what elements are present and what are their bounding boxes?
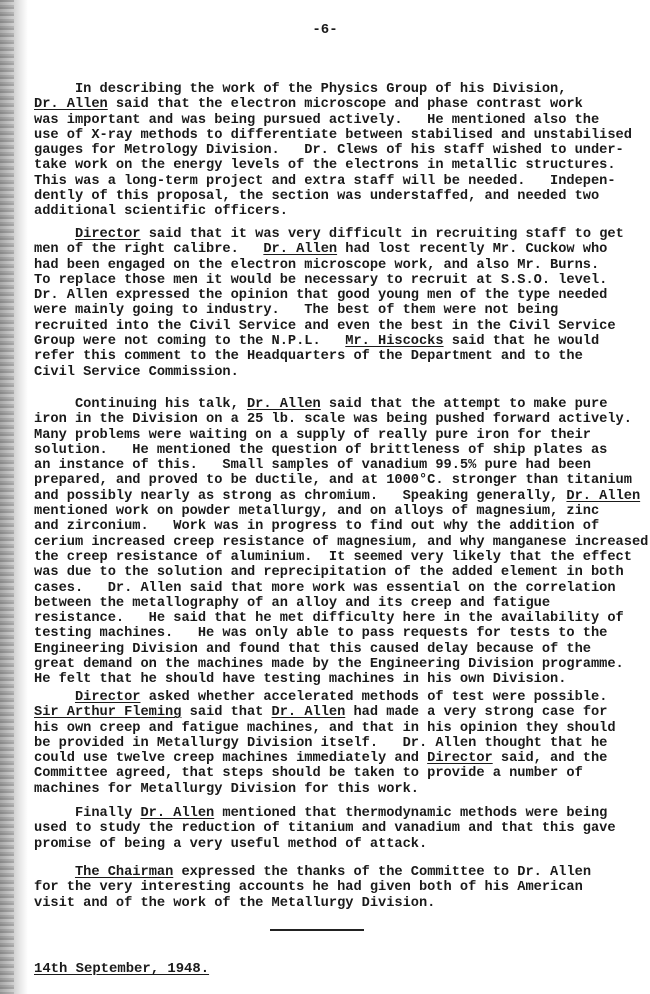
paragraph-recruiting: Director said that it was very difficult…	[34, 227, 633, 380]
text-line: recruited into the Civil Service and eve…	[34, 319, 624, 334]
text-line: and zirconium. Work was in progress to f…	[34, 519, 648, 534]
page-number: -6-	[0, 22, 650, 38]
underlined-name: Director	[75, 226, 141, 242]
underlined-name: Director	[75, 689, 141, 705]
document-date: 14th September, 1948.	[34, 961, 209, 977]
paragraph-thermodynamic: Finally Dr. Allen mentioned that thermod…	[34, 806, 624, 852]
text-line: Civil Service Commission.	[34, 365, 624, 380]
underlined-name: Sir Arthur Fleming	[34, 704, 181, 720]
text-line: use of X-ray methods to differentiate be…	[34, 128, 632, 143]
section-divider	[270, 929, 364, 931]
underlined-name: The Chairman	[75, 864, 173, 880]
paragraph-pure-iron: Continuing his talk, Dr. Allen said that…	[34, 397, 650, 688]
text-line: This was a long-term project and extra s…	[34, 174, 632, 189]
text-line: mentioned work on powder metallurgy, and…	[34, 504, 648, 519]
text-line: his own creep and fatigue machines, and …	[34, 721, 616, 736]
text-line: The Chairman expressed the thanks of the…	[34, 865, 591, 880]
text-line: additional scientific officers.	[34, 204, 632, 219]
paragraph-chairman-thanks: The Chairman expressed the thanks of the…	[34, 865, 600, 911]
text-line: prepared, and proved to be ductile, and …	[34, 473, 648, 488]
text-line: were mainly going to industry. The best …	[34, 303, 624, 318]
underlined-name: Dr. Allen	[140, 805, 214, 821]
underlined-name: Dr. Allen	[272, 704, 346, 720]
text-line: refer this comment to the Headquarters o…	[34, 349, 624, 364]
text-line: men of the right calibre. Dr. Allen had …	[34, 242, 624, 257]
underlined-name: Director	[427, 750, 493, 766]
text-line: cases. Dr. Allen said that more work was…	[34, 581, 648, 596]
text-line: iron in the Division on a 25 lb. scale w…	[34, 412, 648, 427]
underlined-name: Dr. Allen	[566, 488, 640, 504]
text-line: Engineering Division and found that this…	[34, 642, 648, 657]
text-line: Finally Dr. Allen mentioned that thermod…	[34, 806, 616, 821]
text-line: Group were not coming to the N.P.L. Mr. …	[34, 334, 624, 349]
text-line: Sir Arthur Fleming said that Dr. Allen h…	[34, 705, 616, 720]
text-line: testing machines. He was only able to pa…	[34, 626, 648, 641]
text-line: Director asked whether accelerated metho…	[34, 690, 616, 705]
text-line: To replace those men it would be necessa…	[34, 273, 624, 288]
text-line: In describing the work of the Physics Gr…	[34, 82, 632, 97]
text-line: Director said that it was very difficult…	[34, 227, 624, 242]
underlined-name: Dr. Allen	[34, 96, 108, 112]
text-line: had been engaged on the electron microsc…	[34, 258, 624, 273]
text-line: solution. He mentioned the question of b…	[34, 443, 648, 458]
scan-edge-texture	[0, 0, 14, 994]
text-line: Committee agreed, that steps should be t…	[34, 766, 616, 781]
text-line: gauges for Metrology Division. Dr. Clews…	[34, 143, 632, 158]
paragraph-physics-group: In describing the work of the Physics Gr…	[34, 82, 641, 220]
text-line: machines for Metallurgy Division for thi…	[34, 782, 616, 797]
text-line: could use twelve creep machines immediat…	[34, 751, 616, 766]
text-line: Continuing his talk, Dr. Allen said that…	[34, 397, 648, 412]
text-line: was due to the solution and reprecipitat…	[34, 565, 648, 580]
text-line: Many problems were waiting on a supply o…	[34, 428, 648, 443]
text-line: Dr. Allen said that the electron microsc…	[34, 97, 632, 112]
text-line: great demand on the machines made by the…	[34, 657, 648, 672]
text-line: was important and was being pursued acti…	[34, 113, 632, 128]
text-line: used to study the reduction of titanium …	[34, 821, 616, 836]
text-line: an instance of this. Small samples of va…	[34, 458, 648, 473]
text-line: for the very interesting accounts he had…	[34, 880, 591, 895]
underlined-name: Dr. Allen	[263, 241, 337, 257]
text-line: take work on the energy levels of the el…	[34, 158, 632, 173]
underlined-name: Mr. Hiscocks	[345, 333, 443, 349]
underlined-name: Dr. Allen	[247, 396, 321, 412]
text-line: dently of this proposal, the section was…	[34, 189, 632, 204]
text-line: promise of being a very useful method of…	[34, 837, 616, 852]
paragraph-accelerated-tests: Director asked whether accelerated metho…	[34, 690, 624, 797]
text-line: and possibly nearly as strong as chromiu…	[34, 489, 648, 504]
text-line: resistance. He said that he met difficul…	[34, 611, 648, 626]
text-line: visit and of the work of the Metallurgy …	[34, 896, 591, 911]
text-line: He felt that he should have testing mach…	[34, 672, 648, 687]
text-line: Dr. Allen expressed the opinion that goo…	[34, 288, 624, 303]
text-line: between the metallography of an alloy an…	[34, 596, 648, 611]
text-line: cerium increased creep resistance of mag…	[34, 535, 648, 550]
text-line: be provided in Metallurgy Division itsel…	[34, 736, 616, 751]
text-line: the creep resistance of aluminium. It se…	[34, 550, 648, 565]
